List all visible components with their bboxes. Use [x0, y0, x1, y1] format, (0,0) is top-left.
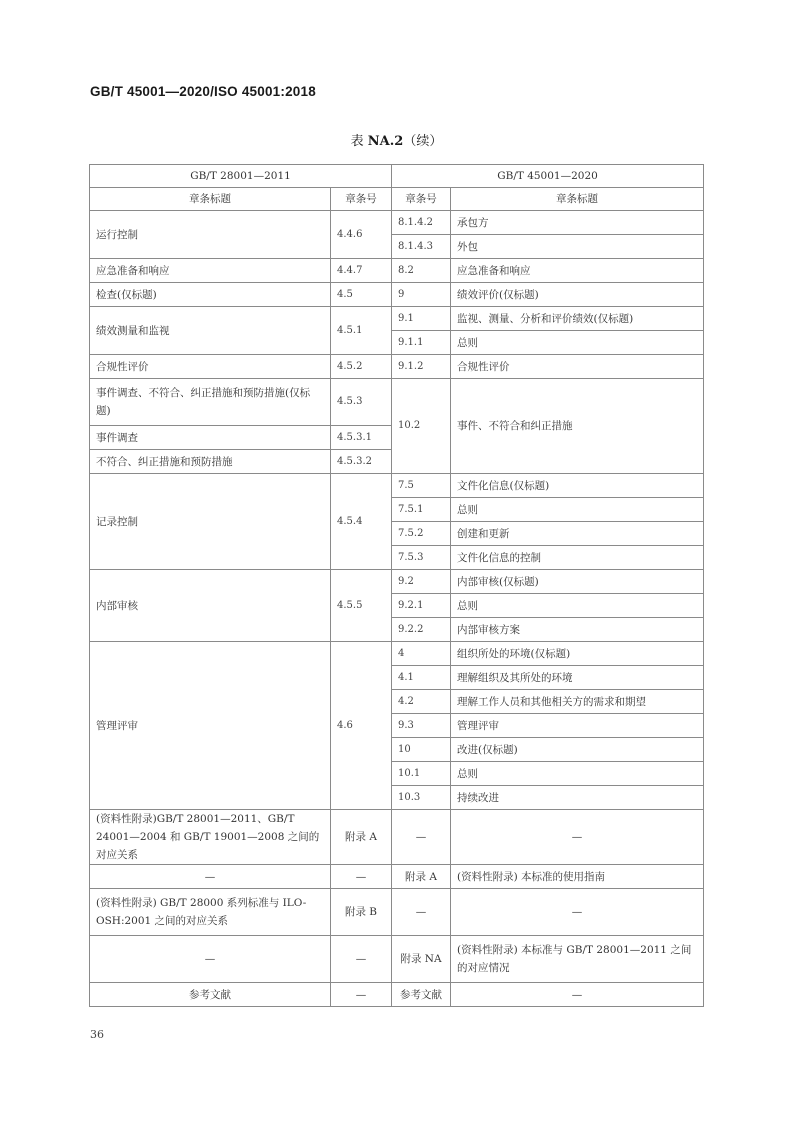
group-header-new: GB/T 45001—2020 — [392, 165, 704, 188]
new-title: 改进(仅标题) — [451, 738, 704, 762]
old-title: 事件调查 — [90, 426, 331, 450]
old-title: 参考文献 — [90, 983, 331, 1007]
table-title-suffix: （续） — [403, 134, 442, 149]
new-title: 外包 — [451, 235, 704, 259]
new-title: 应急准备和响应 — [451, 259, 704, 283]
table-row: 事件调查、不符合、纠正措施和预防措施(仅标题) 4.5.3 10.2 事件、不符… — [90, 379, 704, 426]
table-title-prefix: 表 — [351, 134, 364, 149]
old-num: — — [331, 865, 392, 889]
new-title: (资料性附录) 本标准与 GB/T 28001—2011 之间的对应情况 — [451, 936, 704, 983]
new-num: 8.1.4.3 — [392, 235, 451, 259]
new-title: 总则 — [451, 594, 704, 618]
new-title: 持续改进 — [451, 786, 704, 810]
new-title: — — [451, 983, 704, 1007]
standard-header: GB/T 45001—2020/ISO 45001:2018 — [90, 84, 316, 99]
page-number: 36 — [90, 1028, 104, 1041]
old-num: 4.5 — [331, 283, 392, 307]
new-title: 承包方 — [451, 211, 704, 235]
header-row-columns: 章条标题 章条号 章条号 章条标题 — [90, 188, 704, 211]
old-title: 绩效测量和监视 — [90, 307, 331, 355]
table-row: 应急准备和响应 4.4.7 8.2 应急准备和响应 — [90, 259, 704, 283]
table-row: — — 附录 A (资料性附录) 本标准的使用指南 — [90, 865, 704, 889]
old-num: — — [331, 983, 392, 1007]
table-row: 记录控制 4.5.4 7.5 文件化信息(仅标题) — [90, 474, 704, 498]
col-header-new-num: 章条号 — [392, 188, 451, 211]
new-num: 附录 A — [392, 865, 451, 889]
new-num: 9.1.2 — [392, 355, 451, 379]
new-num: 7.5.1 — [392, 498, 451, 522]
table-row: 合规性评价 4.5.2 9.1.2 合规性评价 — [90, 355, 704, 379]
new-title: 组织所处的环境(仅标题) — [451, 642, 704, 666]
old-num: — — [331, 936, 392, 983]
new-num: 附录 NA — [392, 936, 451, 983]
new-title: 监视、测量、分析和评价绩效(仅标题) — [451, 307, 704, 331]
old-num: 4.5.3.2 — [331, 450, 392, 474]
table-row: 参考文献 — 参考文献 — — [90, 983, 704, 1007]
old-num: 4.5.5 — [331, 570, 392, 642]
col-header-old-num: 章条号 — [331, 188, 392, 211]
new-title: 创建和更新 — [451, 522, 704, 546]
table-row: 运行控制 4.4.6 8.1.4.2 承包方 — [90, 211, 704, 235]
new-num: 9.1 — [392, 307, 451, 331]
old-num: 4.5.3 — [331, 379, 392, 426]
old-title: 运行控制 — [90, 211, 331, 259]
new-num: 9.2.2 — [392, 618, 451, 642]
old-num: 4.5.4 — [331, 474, 392, 570]
new-title: 总则 — [451, 498, 704, 522]
new-title: — — [451, 889, 704, 936]
new-title: 文件化信息的控制 — [451, 546, 704, 570]
old-title: 记录控制 — [90, 474, 331, 570]
new-title: 内部审核方案 — [451, 618, 704, 642]
new-num: 10 — [392, 738, 451, 762]
new-num: — — [392, 810, 451, 865]
old-title: 不符合、纠正措施和预防措施 — [90, 450, 331, 474]
new-title: 内部审核(仅标题) — [451, 570, 704, 594]
new-num: 9.3 — [392, 714, 451, 738]
old-title: 应急准备和响应 — [90, 259, 331, 283]
table-title-id: NA.2 — [368, 134, 404, 149]
table-row: 检查(仅标题) 4.5 9 绩效评价(仅标题) — [90, 283, 704, 307]
new-title: 绩效评价(仅标题) — [451, 283, 704, 307]
new-title: 文件化信息(仅标题) — [451, 474, 704, 498]
old-title: 检查(仅标题) — [90, 283, 331, 307]
new-num: 7.5.2 — [392, 522, 451, 546]
col-header-new-title: 章条标题 — [451, 188, 704, 211]
header-row-groups: GB/T 28001—2011 GB/T 45001—2020 — [90, 165, 704, 188]
table-row: (资料性附录)GB/T 28001—2011、GB/T 24001—2004 和… — [90, 810, 704, 865]
table-row: 管理评审 4.6 4 组织所处的环境(仅标题) — [90, 642, 704, 666]
new-title: 事件、不符合和纠正措施 — [451, 379, 704, 474]
old-title: — — [90, 936, 331, 983]
old-title: 合规性评价 — [90, 355, 331, 379]
old-title: 管理评审 — [90, 642, 331, 810]
table-row: 绩效测量和监视 4.5.1 9.1 监视、测量、分析和评价绩效(仅标题) — [90, 307, 704, 331]
new-num: 10.1 — [392, 762, 451, 786]
new-num: 4 — [392, 642, 451, 666]
new-title: 总则 — [451, 331, 704, 355]
new-num: 9.1.1 — [392, 331, 451, 355]
group-header-old: GB/T 28001—2011 — [90, 165, 392, 188]
new-title: 总则 — [451, 762, 704, 786]
new-title: (资料性附录) 本标准的使用指南 — [451, 865, 704, 889]
new-num: 参考文献 — [392, 983, 451, 1007]
table-title: 表 NA.2（续） — [0, 130, 793, 149]
new-num: — — [392, 889, 451, 936]
new-title: 合规性评价 — [451, 355, 704, 379]
new-title: 管理评审 — [451, 714, 704, 738]
new-num: 4.2 — [392, 690, 451, 714]
new-title: 理解工作人员和其他相关方的需求和期望 — [451, 690, 704, 714]
new-num: 10.3 — [392, 786, 451, 810]
old-title: — — [90, 865, 331, 889]
table-row: (资料性附录) GB/T 28000 系列标准与 ILO-OSH:2001 之间… — [90, 889, 704, 936]
new-num: 10.2 — [392, 379, 451, 474]
correspondence-table: GB/T 28001—2011 GB/T 45001—2020 章条标题 章条号… — [89, 164, 704, 1007]
old-title: (资料性附录)GB/T 28001—2011、GB/T 24001—2004 和… — [90, 810, 331, 865]
new-num: 4.1 — [392, 666, 451, 690]
new-num: 9.2.1 — [392, 594, 451, 618]
old-num: 附录 B — [331, 889, 392, 936]
old-num: 4.5.3.1 — [331, 426, 392, 450]
table-row: — — 附录 NA (资料性附录) 本标准与 GB/T 28001—2011 之… — [90, 936, 704, 983]
old-num: 4.6 — [331, 642, 392, 810]
new-title: 理解组织及其所处的环境 — [451, 666, 704, 690]
new-num: 9 — [392, 283, 451, 307]
new-num: 7.5.3 — [392, 546, 451, 570]
old-num: 4.4.7 — [331, 259, 392, 283]
new-num: 7.5 — [392, 474, 451, 498]
old-title: 内部审核 — [90, 570, 331, 642]
old-title: (资料性附录) GB/T 28000 系列标准与 ILO-OSH:2001 之间… — [90, 889, 331, 936]
new-num: 8.1.4.2 — [392, 211, 451, 235]
old-num: 附录 A — [331, 810, 392, 865]
old-num: 4.5.1 — [331, 307, 392, 355]
old-title: 事件调查、不符合、纠正措施和预防措施(仅标题) — [90, 379, 331, 426]
col-header-old-title: 章条标题 — [90, 188, 331, 211]
old-num: 4.5.2 — [331, 355, 392, 379]
new-num: 8.2 — [392, 259, 451, 283]
new-num: 9.2 — [392, 570, 451, 594]
table-row: 内部审核 4.5.5 9.2 内部审核(仅标题) — [90, 570, 704, 594]
old-num: 4.4.6 — [331, 211, 392, 259]
new-title: — — [451, 810, 704, 865]
